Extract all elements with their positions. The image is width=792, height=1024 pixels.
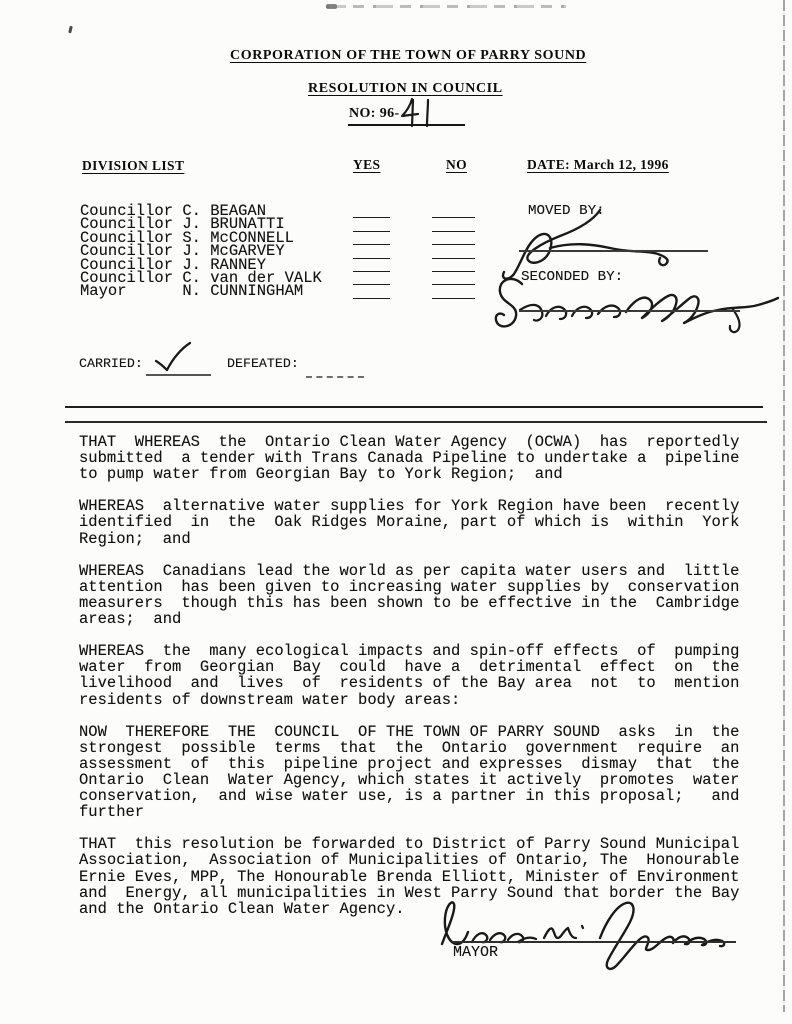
resolution-number-line xyxy=(348,124,465,126)
org-title: CORPORATION OF THE TOWN OF PARRY SOUND xyxy=(230,48,578,64)
resolution-number-label: NO: 96- xyxy=(349,106,400,122)
seconded-by-signature xyxy=(492,272,784,334)
no-column-header: NO xyxy=(446,157,467,173)
roll-call-name: Mayor N. CUNNINGHAM xyxy=(80,285,303,298)
carried-checkmark xyxy=(152,341,192,373)
seconded-by-line xyxy=(519,310,740,312)
scan-speck-artifact xyxy=(68,26,72,33)
scan-smudge-blob xyxy=(326,4,337,9)
carried-blank-line xyxy=(146,374,211,376)
carried-label: CARRIED: xyxy=(79,356,143,371)
mayor-label: MAYOR xyxy=(453,944,498,961)
date-header: DATE: March 12, 1996 xyxy=(527,157,669,173)
yes-column-header: YES xyxy=(353,157,380,173)
no-vote-blank xyxy=(432,298,475,299)
yes-vote-blank xyxy=(353,298,390,299)
scanned-resolution-page: CORPORATION OF THE TOWN OF PARRY SOUND R… xyxy=(0,0,792,1024)
roll-call-row: Mayor N. CUNNINGHAM xyxy=(80,285,560,298)
doc-type-title: RESOLUTION IN COUNCIL xyxy=(308,81,486,97)
body-text: THAT WHEREAS the Ontario Clean Water Age… xyxy=(79,434,739,917)
mayor-signature-line xyxy=(452,941,736,943)
moved-by-line xyxy=(519,250,708,252)
scan-smudge-artifact xyxy=(326,5,566,8)
divider-rule-top xyxy=(65,406,763,408)
mayor-signature xyxy=(428,898,743,974)
division-list-header: DIVISION LIST xyxy=(82,158,184,174)
defeated-label: DEFEATED: xyxy=(227,356,299,371)
defeated-blank-line xyxy=(306,376,364,378)
scan-edge-line-artifact xyxy=(783,0,785,1012)
divider-rule-bottom xyxy=(65,421,767,423)
